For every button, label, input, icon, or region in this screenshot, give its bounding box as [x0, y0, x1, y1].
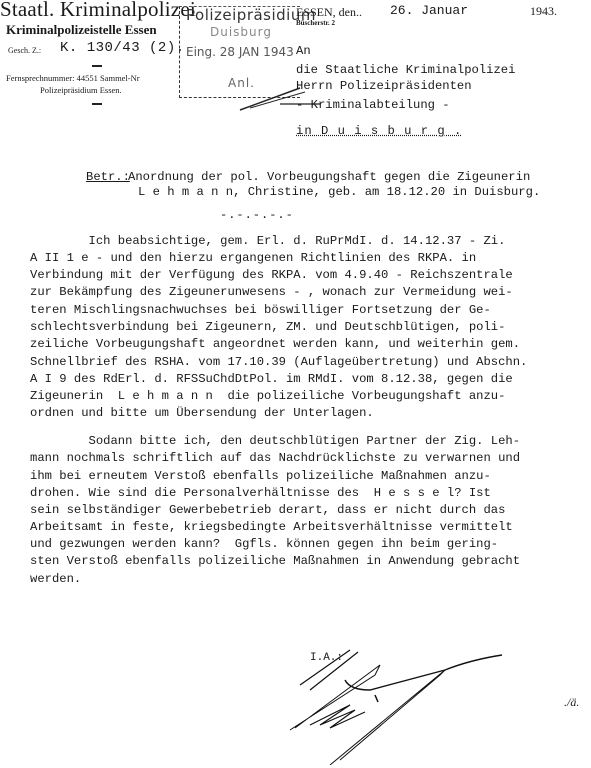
signature-mark: ./ä.	[564, 695, 579, 710]
body-line: Zigeunerin L e h m a n n die polizeilich…	[30, 389, 505, 403]
body-line: teren Mischlingsnachwuchses bei böswilli…	[30, 303, 491, 317]
body-line: A II 1 e - und den hierzu ergangenen Ric…	[30, 251, 476, 265]
recipient-city: in D u i s b u r g .	[296, 124, 462, 138]
signature-icon	[270, 640, 510, 765]
dateline-place: ESSEN, den..	[296, 5, 362, 20]
body-line: Sodann bitte ich, den deutschblütigen Pa…	[30, 434, 520, 448]
dateline-year: 1943.	[530, 4, 557, 19]
body-line: Verbindung mit der Verfügung des RKPA. v…	[30, 268, 513, 282]
subject-line-1: Anordnung der pol. Vorbeugungshaft gegen…	[128, 170, 530, 184]
body-line: A I 9 des RdErl. d. RFSSuChdDtPol. im RM…	[30, 372, 513, 386]
body-line: sein selbständiger Gewerbebetrieb derart…	[30, 503, 505, 517]
dateline-date: 26. Januar	[390, 3, 468, 18]
body-line: werden.	[30, 572, 81, 586]
separator: -.-.-.-.-	[220, 208, 294, 222]
body-line: zur Bekämpfung des Zigeunerunwesens - , …	[30, 285, 513, 299]
body-line: und gezwungen werden kann? Ggfls. können…	[30, 537, 498, 551]
body-line: ordnen und bitte um Übersendung der Unte…	[30, 406, 374, 420]
body-line: Schnellbrief des RSHA. vom 17.10.39 (Auf…	[30, 355, 527, 369]
recipient-prefix: An	[296, 44, 311, 58]
body-line: ihm bei erneutem Verstoß ebenfalls poliz…	[30, 469, 491, 483]
body-line: mann nochmals schriftlich auf das Nachdr…	[30, 451, 520, 465]
recipient-line-3: - Kriminalabteilung -	[296, 98, 450, 112]
body-line: schlechtsverbindung bei Zigeunern, ZM. u…	[30, 320, 505, 334]
body-line: drohen. Wie sind die Personalverhältniss…	[30, 486, 491, 500]
subject-line-2: L e h m a n n, Christine, geb. am 18.12.…	[138, 185, 540, 199]
street-address: Büscherstr. 2	[296, 19, 335, 27]
body-line: zeiliche Vorbeugungshaft angeordnet werd…	[30, 337, 520, 351]
document-page: Staatl. Kriminalpolizei Kriminalpolizeis…	[0, 0, 591, 768]
body-line: Ich beabsichtige, gem. Erl. d. RuPrMdI. …	[30, 234, 505, 248]
body-line: Arbeitsamt in feste, kriegsbedingte Arbe…	[30, 520, 513, 534]
body-line: sten Verstoß ebenfalls polizeiliche Maßn…	[30, 554, 520, 568]
recipient-line-2: Herrn Polizeipräsidenten	[296, 79, 472, 93]
subject-label: Betr.:	[86, 170, 130, 184]
recipient-line-1: die Staatliche Kriminalpolizei	[296, 63, 515, 77]
